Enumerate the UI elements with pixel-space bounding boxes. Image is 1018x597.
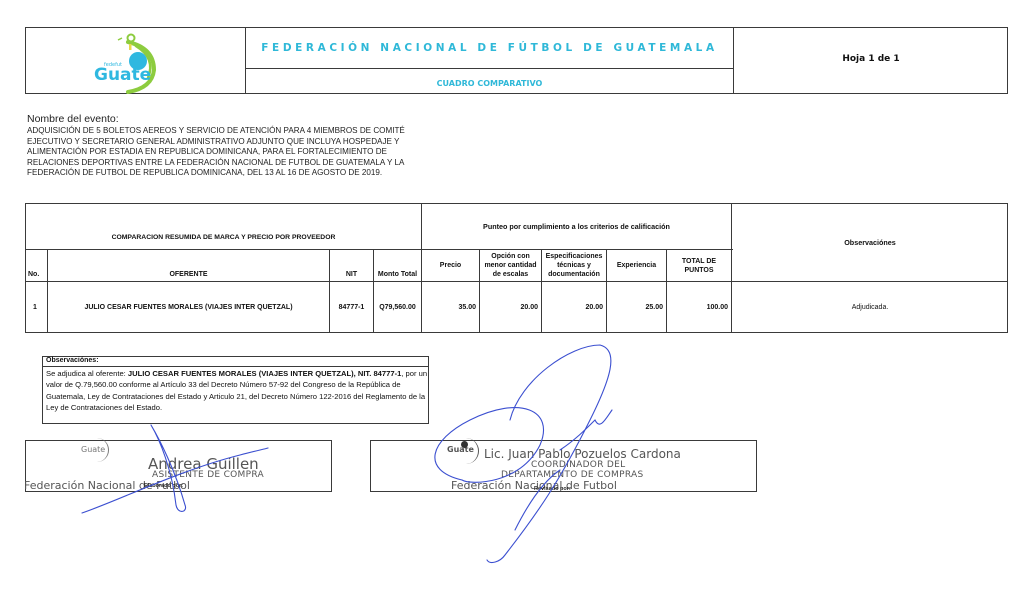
cell-total: 100.00 — [667, 282, 731, 333]
cell-precio: 35.00 — [422, 282, 479, 333]
cell-monto: Q79,560.00 — [374, 282, 421, 333]
col-header-oferente: OFERENTE — [48, 267, 329, 281]
stamp-logo-icon — [88, 438, 109, 462]
cell-experiencia: 25.00 — [607, 282, 666, 333]
col-header-experiencia: Experiencia — [607, 250, 666, 281]
group-header-scores: Punteo por cumplimiento a los criterios … — [422, 204, 731, 249]
header-divider — [245, 68, 733, 69]
signature-box-prepared: Guate Andrea Guillen ASISTENTE DE COMPRA… — [25, 440, 332, 492]
comparison-table: COMPARACION RESUMIDA DE MARCA Y PRECIO P… — [25, 203, 1008, 333]
svg-text:Guate: Guate — [94, 65, 151, 85]
observations-text: Se adjudica al oferente: JULIO CESAR FUE… — [46, 368, 428, 413]
event-label: Nombre del evento: — [27, 113, 119, 125]
col-header-escalas: Opción con menor cantidad de escalas — [480, 250, 541, 281]
observations-box: Observaciónes: Se adjudica al oferente: … — [42, 356, 429, 424]
sheet-number: Hoja 1 de 1 — [734, 54, 1008, 64]
stamp-role: COORDINADOR DEL — [531, 460, 625, 470]
col-header-total: TOTAL DE PUNTOS — [667, 250, 731, 281]
signature-caption: Revisado por: — [534, 486, 571, 492]
cell-observaciones: Adjudicada. — [732, 282, 1008, 333]
observations-prefix: Se adjudica al oferente: — [46, 369, 128, 378]
col-header-precio: Precio — [422, 250, 479, 281]
observations-title: Observaciónes: — [46, 357, 99, 364]
observations-header: Observaciónes — [732, 204, 1008, 281]
cell-oferente: JULIO CESAR FUENTES MORALES (VIAJES INTE… — [48, 282, 329, 333]
stamp-logo-arc — [464, 438, 479, 464]
signature-box-reviewed: Guate Lic. Juan Pablo Pozuelos Cardona C… — [370, 440, 757, 492]
observations-awardee: JULIO CESAR FUENTES MORALES (VIAJES INTE… — [128, 369, 401, 378]
col-header-no: No. — [26, 267, 49, 281]
event-description: ADQUISICIÓN DE 5 BOLETOS AEREOS Y SERVIC… — [27, 126, 407, 179]
col-header-monto: Monto Total — [374, 267, 421, 281]
cell-nit: 84777-1 — [330, 282, 373, 333]
fedefut-logo-icon: fedefut Guate — [56, 28, 186, 95]
cell-especificaciones: 20.00 — [542, 282, 606, 333]
cell-escalas: 20.00 — [480, 282, 541, 333]
document-header: fedefut Guate FEDERACIÓN NACIONAL DE FÚT… — [25, 27, 1008, 94]
group-header-comparison: COMPARACION RESUMIDA DE MARCA Y PRECIO P… — [26, 226, 421, 248]
col-header-nit: NIT — [330, 267, 373, 281]
signature-caption: Elaborado por: — [144, 483, 183, 489]
document-title: CUADRO COMPARATIVO — [246, 79, 733, 88]
stamp-name: Lic. Juan Pablo Pozuelos Cardona — [484, 447, 681, 461]
organization-title: FEDERACIÓN NACIONAL DE FÚTBOL DE GUATEMA… — [246, 42, 733, 54]
observations-divider — [43, 366, 428, 367]
col-header-especificaciones: Especificaciones técnicas y documentació… — [542, 250, 606, 281]
